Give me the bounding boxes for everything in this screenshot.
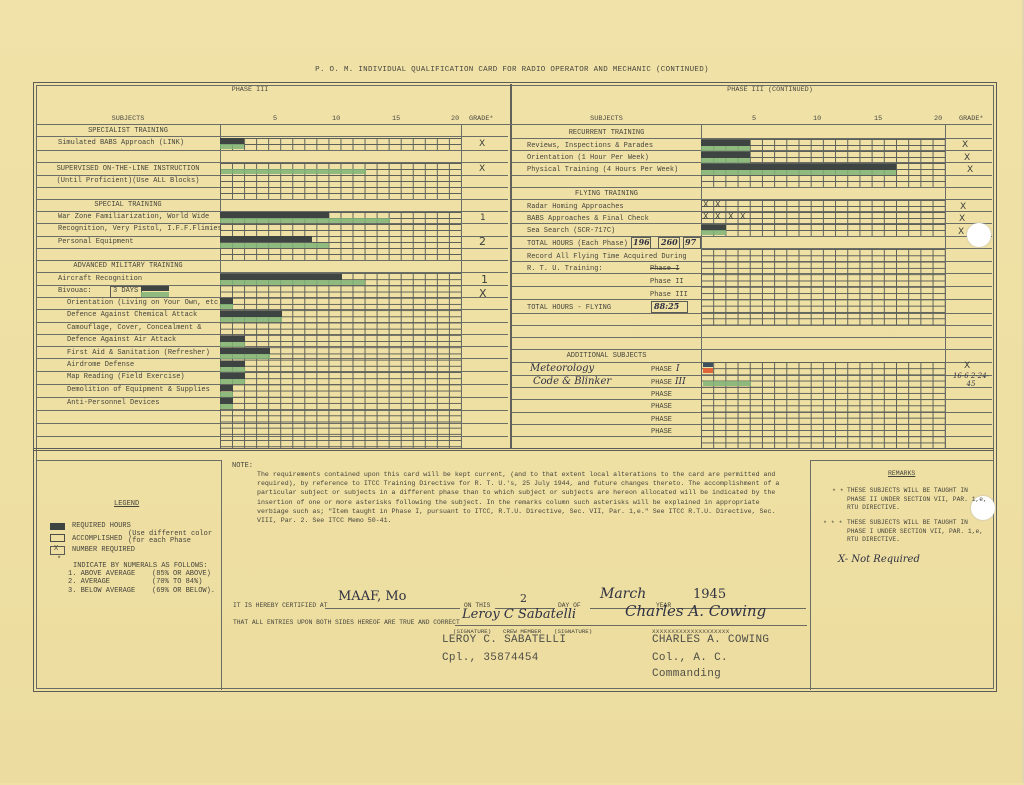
remarks-item-2: THESE SUBJECTS WILL BE TAUGHT IN PHASE I… <box>847 519 987 545</box>
grade-mark: X <box>479 140 485 149</box>
subject-label: Defence Against Chemical Attack <box>67 311 197 320</box>
remarks-marker-2: * * * <box>823 519 843 528</box>
number-required-x: X <box>728 212 733 221</box>
crew-rank: Cpl., 35874454 <box>442 654 539 663</box>
cert-prefix: IT IS HEREBY CERTIFIED AT <box>233 601 327 610</box>
required-bar <box>220 236 312 242</box>
subject-label: Anti-Personnel Devices <box>67 399 159 408</box>
header-rule <box>36 124 992 125</box>
right-tick-10: 10 <box>813 115 821 124</box>
left-grade-divider <box>461 124 462 448</box>
phase-label: PHASE <box>651 428 672 437</box>
total-hours-flying-value: 88:25 <box>654 302 679 311</box>
grade-mark: X <box>479 165 485 174</box>
left-tick-10: 10 <box>332 115 340 124</box>
accomplished-bar <box>220 218 390 223</box>
left-grade-header: GRADE* <box>469 115 493 124</box>
section-heading: SUPERVISED ON-THE-LINE INSTRUCTION <box>36 165 220 174</box>
total-hours-each-phase-label: TOTAL HOURS (Each Phase) <box>527 240 628 249</box>
flying-record-line2: R. T. U. Training: <box>527 265 603 274</box>
subject-label: Recognition, Very Pistol, I.F.F.Flimies <box>58 225 222 234</box>
remarks-item-1: THESE SUBJECTS WILL BE TAUGHT IN PHASE I… <box>847 487 987 513</box>
signature-line <box>455 625 807 626</box>
subject-label: Sea Search (SCR-717C) <box>527 227 615 236</box>
subject-label: Orientation (Living on Your Own, etc) <box>67 299 222 308</box>
required-bar <box>220 385 233 391</box>
row-rule <box>36 199 508 200</box>
legend-grade-3: 3. BELOW AVERAGE <box>68 587 135 596</box>
number-required-x: X <box>703 212 708 221</box>
subject-label: Physical Training (4 Hours Per Week) <box>527 166 678 175</box>
legend-accomplished-note-2: (for each Phase <box>128 537 191 546</box>
commander-signature: Charles A. Cowing <box>625 607 766 616</box>
row-rule <box>36 136 508 137</box>
phase1-accomplished-bar <box>703 368 713 373</box>
accomplished-bar <box>220 404 233 409</box>
bivouac-accomplished-bar <box>141 292 169 297</box>
accomplished-bar <box>701 230 726 235</box>
hours-grid <box>220 138 461 150</box>
phase3-accomplished-bar <box>703 381 751 386</box>
row-rule <box>512 325 992 326</box>
legend-number-required-label: NUMBER REQUIRED <box>72 546 135 555</box>
row-rule <box>512 187 992 188</box>
hours-grid <box>220 273 461 448</box>
subject-label: Bivouac: <box>58 287 92 296</box>
remarks-marker-1: * * <box>832 487 844 496</box>
legend-accomplished-swatch <box>50 534 65 542</box>
subject-label: First Aid & Sanitation (Refresher) <box>67 349 210 358</box>
legend-required-label: REQUIRED HOURS <box>72 522 131 531</box>
accomplished-bar <box>701 158 750 163</box>
subject-label: Aircraft Recognition <box>58 275 142 284</box>
subject-label: Map Reading (Field Exercise) <box>67 373 185 382</box>
total-hours-flying-label: TOTAL HOURS - FLYING <box>527 304 611 313</box>
section-subheading: (Until Proficient)(Use ALL Blocks) <box>36 177 220 186</box>
left-tick-15: 15 <box>392 115 400 124</box>
subject-label: Personal Equipment <box>58 238 134 247</box>
card-title: P. O. M. INDIVIDUAL QUALIFICATION CARD F… <box>0 66 1024 74</box>
accomplished-bar <box>701 170 896 175</box>
phase-label: PHASE <box>651 379 672 388</box>
section-heading: SPECIAL TRAINING <box>36 201 220 210</box>
accomplished-bar <box>220 342 245 347</box>
hours-grid <box>701 249 945 325</box>
subject-label: Radar Homing Approaches <box>527 203 624 212</box>
legend-divider <box>221 460 222 690</box>
right-tick-15: 15 <box>874 115 882 124</box>
grade-mark: X <box>960 203 966 212</box>
subject-label: Orientation (1 Hour Per Week) <box>527 154 649 163</box>
phase-label: PHASE <box>651 416 672 425</box>
right-grade-header: GRADE* <box>959 115 983 124</box>
accomplished-bar <box>220 379 245 384</box>
phase1-total: 196 <box>633 238 650 247</box>
additional-subject-1: Meteorology <box>530 364 594 373</box>
legend-required-swatch <box>50 523 65 530</box>
subject-label: Airdrome Defense <box>67 361 134 370</box>
section-heading: ADDITIONAL SUBJECTS <box>512 352 701 361</box>
subject-label: Simulated BABS Approach (LINK) <box>58 139 184 148</box>
remarks-divider <box>810 460 811 690</box>
hours-grid <box>701 200 945 236</box>
phase-label: PHASE <box>651 403 672 412</box>
right-tick-20: 20 <box>934 115 942 124</box>
grade-mark: X <box>479 289 487 298</box>
grade-mark: 1 <box>480 214 486 223</box>
right-subjects-header: SUBJECTS <box>512 115 701 124</box>
remarks-top-rule <box>810 460 993 461</box>
subject-label: Defence Against Air Attack <box>67 336 176 345</box>
flying-record-line1: Record All Flying Time Acquired During <box>527 253 687 262</box>
grade-mark: X <box>967 166 973 175</box>
accomplished-bar <box>220 243 329 248</box>
cert-day: 2 <box>520 594 527 603</box>
accomplished-bar <box>220 317 282 322</box>
commander-title: Commanding <box>652 670 721 679</box>
number-required-x: X <box>740 212 745 221</box>
crew-signature: Leroy C Sabatelli <box>462 610 576 619</box>
note-text: The requirements contained upon this car… <box>257 470 789 525</box>
section-divider <box>34 450 994 451</box>
subject-label: Demolition of Equipment & Supplies <box>67 386 210 395</box>
phase1-required-bar <box>703 363 713 367</box>
phase-value: III <box>675 378 686 387</box>
hours-grid <box>701 362 945 448</box>
grade-mark: X <box>964 154 970 163</box>
row-rule <box>512 337 992 338</box>
phase-value: I <box>676 365 680 374</box>
section-heading: RECURRENT TRAINING <box>512 129 701 138</box>
phase3-total: 97 <box>685 238 696 247</box>
subject-label: Camouflage, Cover, Concealment & <box>67 324 201 333</box>
commander-rank: Col., A. C. <box>652 654 728 663</box>
section-heading: FLYING TRAINING <box>512 190 701 199</box>
additional-subject-2: Code & Blinker <box>533 377 611 386</box>
legend-number-required-symbol: X <box>54 545 58 554</box>
crew-name: LEROY C. SABATELLI <box>442 636 566 645</box>
subject-label: BABS Approaches & Final Check <box>527 215 649 224</box>
bivouac-required-bar <box>141 286 169 291</box>
left-phase-label: PHASE III <box>200 86 300 95</box>
flying-phase-3: Phase III <box>650 291 688 300</box>
note-label: NOTE: <box>232 462 253 471</box>
row-rule <box>36 260 508 261</box>
cert-year: 1945 <box>693 590 726 599</box>
right-tick-5: 5 <box>752 115 756 124</box>
accomplished-bar <box>220 354 270 359</box>
section-heading: ADVANCED MILITARY TRAINING <box>36 262 220 271</box>
legend-asterisk: * <box>57 556 61 565</box>
grade-mark: X <box>958 228 964 237</box>
grade-mark: 2 <box>479 237 486 246</box>
cert-month: March <box>600 590 646 599</box>
accomplished-bar <box>221 169 366 174</box>
legend-accomplished-label: ACCOMPLISHED <box>72 535 122 544</box>
accomplished-bar <box>220 144 244 149</box>
accomplished-bar <box>701 146 750 151</box>
phase2-total: 260 <box>661 238 678 247</box>
legend-grade-2: 2. AVERAGE <box>68 578 110 587</box>
cert-true-correct: THAT ALL ENTRIES UPON BOTH SIDES HEREOF … <box>233 618 460 627</box>
right-phase-label: PHASE III (CONTINUED) <box>700 86 840 95</box>
row-rule <box>512 349 992 350</box>
left-tick-5: 5 <box>273 115 277 124</box>
phase-label: PHASE <box>651 366 672 375</box>
cert-location: MAAF, Mo <box>338 592 407 601</box>
grade-mark: X <box>964 362 970 371</box>
number-required-x: X <box>703 200 708 209</box>
flying-phase-2: Phase II <box>650 278 684 287</box>
left-tick-20: 20 <box>451 115 459 124</box>
section-divider <box>34 448 994 449</box>
number-required-x: X <box>715 200 720 209</box>
grade-mark: 1 <box>481 275 488 284</box>
phase-label: PHASE <box>651 391 672 400</box>
accomplished-bar <box>220 280 365 285</box>
row-rule <box>36 150 508 151</box>
section-heading: SPECIALIST TRAINING <box>36 127 220 136</box>
bivouac-days-label: 3 DAYS <box>113 287 138 296</box>
location-line <box>325 608 460 609</box>
remarks-handwritten: X- Not Required <box>838 555 920 564</box>
left-subjects-header: SUBJECTS <box>36 115 220 124</box>
grade-mark-date: 16-6 2-24-45 <box>951 372 991 388</box>
accomplished-bar <box>220 304 233 309</box>
punch-hole <box>967 223 991 247</box>
number-required-x: X <box>715 212 720 221</box>
remarks-title: REMARKS <box>888 469 915 478</box>
accomplished-bar <box>220 367 245 372</box>
flying-phase-1-struck: Phase I <box>650 265 679 274</box>
legend-top-rule <box>36 460 222 461</box>
grade-mark: X <box>959 215 965 224</box>
legend-grade-3-range: (69% OR BELOW). <box>152 587 215 596</box>
legend-title: LEGEND <box>114 500 139 509</box>
accomplished-bar <box>220 392 233 397</box>
subject-label: Reviews, Inspections & Parades <box>527 142 653 151</box>
legend-grade-2-range: (70% TO 84%) <box>152 578 202 587</box>
row-rule <box>512 236 992 237</box>
subject-label: War Zone Familiarization, World Wide <box>58 213 209 222</box>
grade-mark: X <box>962 141 968 150</box>
commander-name: CHARLES A. COWING <box>652 636 769 645</box>
